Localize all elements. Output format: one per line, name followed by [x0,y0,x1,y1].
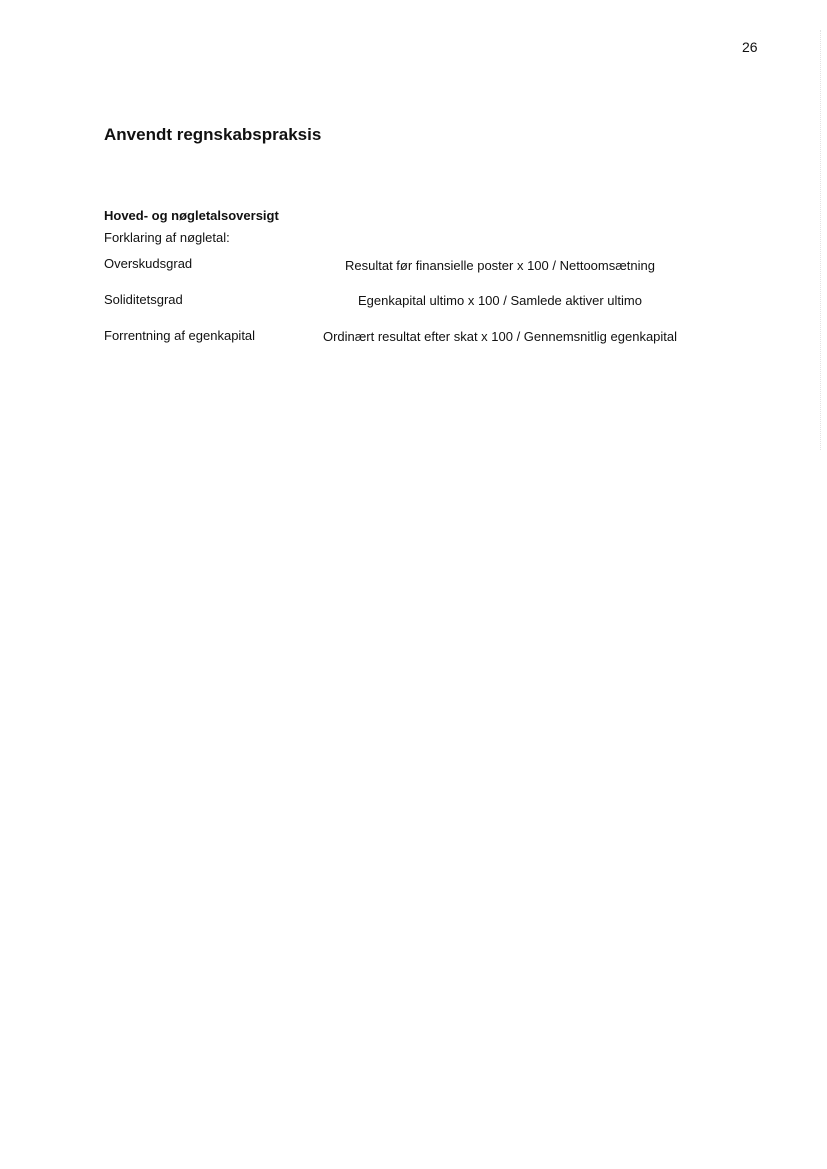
page-title: Anvendt regnskabspraksis [104,125,321,145]
section-heading: Hoved- og nøgletalsoversigt [104,208,279,223]
ratio-label: Overskudsgrad [104,256,192,271]
page-edge-divider [820,30,821,450]
ratio-label: Soliditetsgrad [104,292,183,307]
ratio-formula: Resultat før finansielle poster x 100 / … [304,258,696,273]
ratio-formula: Egenkapital ultimo x 100 / Samlede aktiv… [304,293,696,308]
ratio-label: Forrentning af egenkapital [104,328,255,343]
ratio-formula: Ordinært resultat efter skat x 100 / Gen… [304,329,696,344]
section-intro: Forklaring af nøgletal: [104,230,230,245]
page-number: 26 [742,39,758,55]
